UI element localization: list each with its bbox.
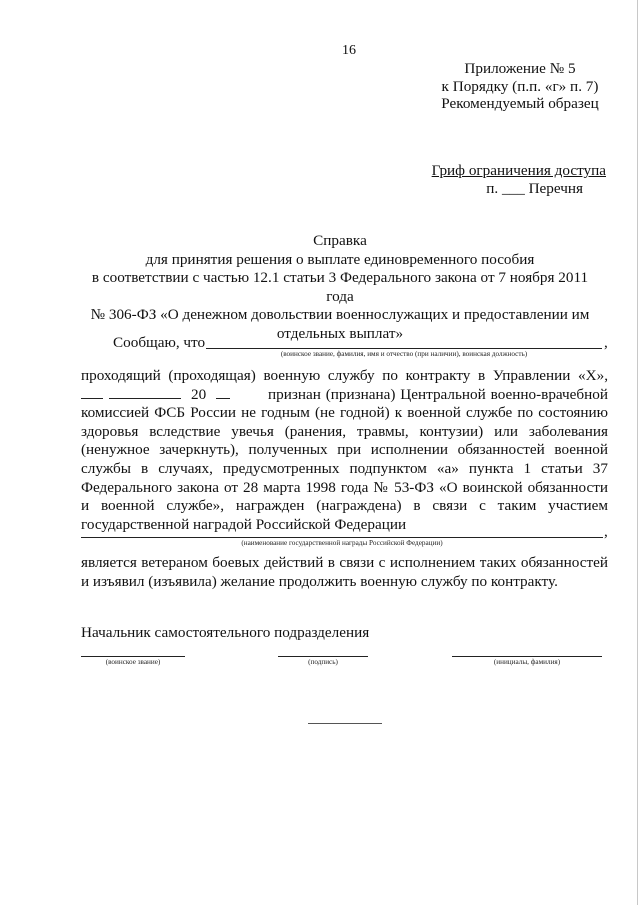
appendix-sample-note: Рекомендуемый образец [420, 95, 620, 113]
rank-fill-line[interactable] [81, 656, 185, 657]
appendix-block: Приложение № 5 к Порядку (п.п. «г» п. 7)… [420, 60, 620, 113]
document-page: 16 Приложение № 5 к Порядку (п.п. «г» п.… [0, 0, 640, 905]
initials-caption: (инициалы, фамилия) [452, 658, 602, 666]
day-blank[interactable] [81, 386, 103, 399]
signatory-position: Начальник самостоятельного подразделения [81, 624, 369, 642]
initials-fill-line[interactable] [452, 656, 602, 657]
signature-caption: (подпись) [278, 658, 368, 666]
access-stamp-suffix: Перечня [529, 180, 583, 197]
para1-line-2: 20 признан (признана) Центральной военно… [81, 386, 608, 405]
award-caption: (наименование государственной награды Ро… [81, 539, 603, 547]
document-heading: Справка для принятия решения о выплате е… [80, 232, 600, 344]
report-caption: (воинское звание, фамилия, имя и отчеств… [206, 350, 602, 358]
closing-separator [308, 723, 382, 724]
access-stamp-item: п. ___ Перечня [420, 180, 620, 198]
signature-fill-line[interactable] [278, 656, 368, 657]
page-edge [637, 0, 638, 905]
para1-line-3: комиссией ФСБ России не годным (не годно… [81, 404, 608, 423]
para1-line-4: здоровья вследствие увечья (ранения, тра… [81, 423, 608, 442]
body-paragraph-1: проходящий (проходящая) военную службу п… [81, 367, 608, 534]
heading-line-3: в соответствии с частью 12.1 статьи 3 Фе… [80, 269, 600, 306]
rank-caption: (воинское звание) [81, 658, 185, 666]
report-label: Сообщаю, что [113, 334, 205, 352]
access-stamp-blank: ___ [502, 180, 525, 197]
para1-line-6: службы в случаях, предусмотренных подпун… [81, 460, 608, 479]
body-paragraph-2: является ветераном боевых действий в свя… [81, 554, 608, 591]
report-fill-line[interactable] [206, 348, 602, 349]
award-fill-line[interactable] [81, 537, 603, 538]
access-stamp: Гриф ограничения доступа п. ___ Перечня [420, 162, 620, 198]
para1-line-5: (ненужное зачеркнуть), полученных при ис… [81, 441, 608, 460]
para1-line-8: и военной службе», награжден (награждена… [81, 497, 608, 516]
document-title: Справка [80, 232, 600, 251]
month-blank[interactable] [109, 386, 181, 399]
heading-line-4: № 306-ФЗ «О денежном довольствии военнос… [80, 306, 600, 325]
recognized-text: признан (признана) Центральной военно-вр… [268, 386, 608, 405]
year-blank[interactable] [216, 386, 230, 399]
report-trailing-comma: , [604, 334, 608, 352]
para1-line-1: проходящий (проходящая) военную службу п… [81, 367, 608, 386]
access-stamp-prefix: п. [486, 180, 498, 197]
heading-line-2: для принятия решения о выплате единоврем… [80, 251, 600, 270]
para2-line-2: и изъявил (изъявила) желание продолжить … [81, 573, 608, 592]
page-number: 16 [342, 43, 356, 59]
award-trailing-comma: , [604, 523, 608, 541]
appendix-reference: к Порядку (п.п. «г» п. 7) [420, 78, 620, 96]
para2-line-1: является ветераном боевых действий в свя… [81, 554, 608, 573]
year-prefix: 20 [191, 386, 206, 403]
appendix-number: Приложение № 5 [420, 60, 620, 78]
access-stamp-title: Гриф ограничения доступа [420, 162, 620, 180]
para1-line-7: Федерального закона от 28 марта 1998 год… [81, 479, 608, 498]
para1-line-9: государственной наградой Российской Феде… [81, 516, 608, 535]
